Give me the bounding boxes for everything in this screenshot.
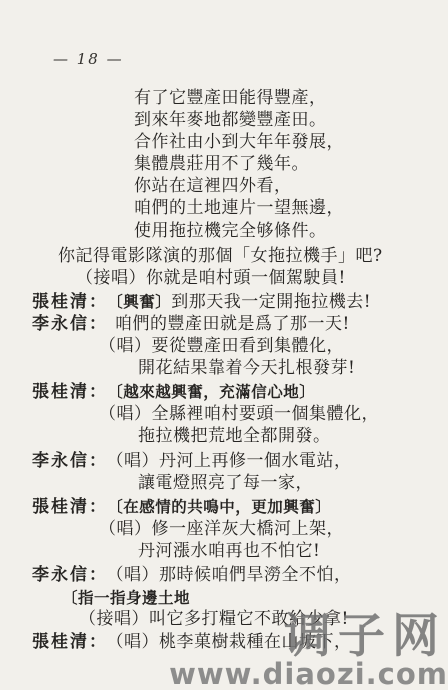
line-text: 你記得電影隊演的那個「女拖拉機手」吧? <box>58 246 383 266</box>
line-text: 開花結果靠着今天扎根發芽! <box>138 358 355 378</box>
line-text: （唱）丹河上再修一個水電站， <box>115 451 352 471</box>
stage-direction: 〔指一指身邊土地 <box>62 588 190 607</box>
speaker-label: 張桂清： <box>32 292 108 312</box>
sung-line: （接唱）你就是咱村頭一個駕駛員! <box>0 267 448 289</box>
verse-line: 到來年麥地都變豐產田。 <box>0 109 448 131</box>
document-page: — 18 — 有了它豐產田能得豐產， 到來年麥地都變豐產田。 合作社由小到大年年… <box>0 0 448 690</box>
dialogue-line: 張桂清：〔越來越興奮，充滿信心地〕 <box>0 381 448 403</box>
line-text: 有了它豐產田能得豐產， <box>134 88 327 108</box>
verse-line: 有了它豐產田能得豐產， <box>0 87 448 109</box>
line-text: 合作社由小到大年年發展， <box>134 132 344 152</box>
stage-direction-line: 〔指一指身邊土地 <box>0 587 448 609</box>
dialogue-line: 李永信：咱們的豐產田就是爲了那一天! <box>0 313 448 335</box>
dialogue-line: 李永信：（唱）那時候咱們旱澇全不怕， <box>0 564 448 586</box>
speaker-label: 張桂清： <box>32 632 108 652</box>
line-text: （接唱）你就是咱村頭一個駕駛員! <box>76 268 346 288</box>
line-text: 拖拉機把荒地全都開發。 <box>138 426 331 446</box>
speaker-label: 張桂清： <box>32 497 108 517</box>
line-text: 你站在這裡四外看， <box>134 176 292 196</box>
sung-line: （接唱）叫它多打糧它不敢給少拿! <box>0 608 448 630</box>
line-text: （唱）全縣裡咱村要頭一個集體化， <box>99 404 379 424</box>
line-text: 使用拖拉機完全够條件。 <box>134 221 327 241</box>
line-text: （唱）要從豐產田看到集體化， <box>99 336 344 356</box>
dialogue-line: 張桂清：（唱）桃李菓樹栽種在山坡下， <box>0 631 448 653</box>
sung-line: （唱）全縣裡咱村要頭一個集體化， <box>0 403 448 425</box>
line-text: 讓電燈照亮了每一家， <box>138 473 313 493</box>
stage-direction: 〔在感情的共鳴中，更加興奮〕 <box>115 497 331 516</box>
line-text: （唱）那時候咱們旱澇全不怕， <box>115 565 352 585</box>
line-text: （唱）修一座洋灰大橋河上架， <box>99 519 344 539</box>
speaker-label: 李永信： <box>32 314 108 334</box>
verse-line: 合作社由小到大年年發展， <box>0 131 448 153</box>
sung-line: （唱）要從豐產田看到集體化， <box>0 335 448 357</box>
watermark-site-url: www.diaozi.com <box>169 658 448 690</box>
line-text: 咱們的土地連片一望無邊， <box>134 198 344 218</box>
sung-line: 讓電燈照亮了每一家， <box>0 472 448 494</box>
sung-line: 拖拉機把荒地全都開發。 <box>0 425 448 447</box>
dialogue-line: 張桂清：〔在感情的共鳴中，更加興奮〕 <box>0 496 448 518</box>
line-text: 到來年麥地都變豐產田。 <box>134 110 327 130</box>
sung-line: 開花結果靠着今天扎根發芽! <box>0 357 448 379</box>
dialogue-line: 你記得電影隊演的那個「女拖拉機手」吧? <box>0 245 448 267</box>
page-number: — 18 — <box>53 50 124 68</box>
line-text: 咱們的豐產田就是爲了那一天! <box>115 314 350 334</box>
speaker-label: 李永信： <box>32 451 108 471</box>
line-text: （唱）桃李菓樹栽種在山坡下， <box>115 632 352 652</box>
sung-line: （唱）修一座洋灰大橋河上架， <box>0 518 448 540</box>
line-text: （接唱）叫它多打糧它不敢給少拿! <box>79 609 349 629</box>
verse-line: 你站在這裡四外看， <box>0 175 448 197</box>
speaker-label: 張桂清： <box>32 382 108 402</box>
verse-line: 咱們的土地連片一望無邊， <box>0 197 448 219</box>
line-text: 到那天我一定開拖拉機去! <box>171 292 371 312</box>
speaker-label: 李永信： <box>32 565 108 585</box>
stage-direction: 〔興奮〕 <box>115 292 171 311</box>
line-text: 丹河漲水咱再也不怕它! <box>138 541 320 561</box>
verse-line: 使用拖拉機完全够條件。 <box>0 220 448 242</box>
script-lines: 有了它豐產田能得豐產， 到來年麥地都變豐產田。 合作社由小到大年年發展， 集體農… <box>0 87 448 653</box>
stage-direction: 〔越來越興奮，充滿信心地〕 <box>115 382 315 401</box>
dialogue-line: 張桂清：〔興奮〕到那天我一定開拖拉機去! <box>0 291 448 313</box>
sung-line: 丹河漲水咱再也不怕它! <box>0 540 448 562</box>
verse-line: 集體農莊用不了幾年。 <box>0 153 448 175</box>
dialogue-line: 李永信：（唱）丹河上再修一個水電站， <box>0 450 448 472</box>
line-text: 集體農莊用不了幾年。 <box>134 154 309 174</box>
